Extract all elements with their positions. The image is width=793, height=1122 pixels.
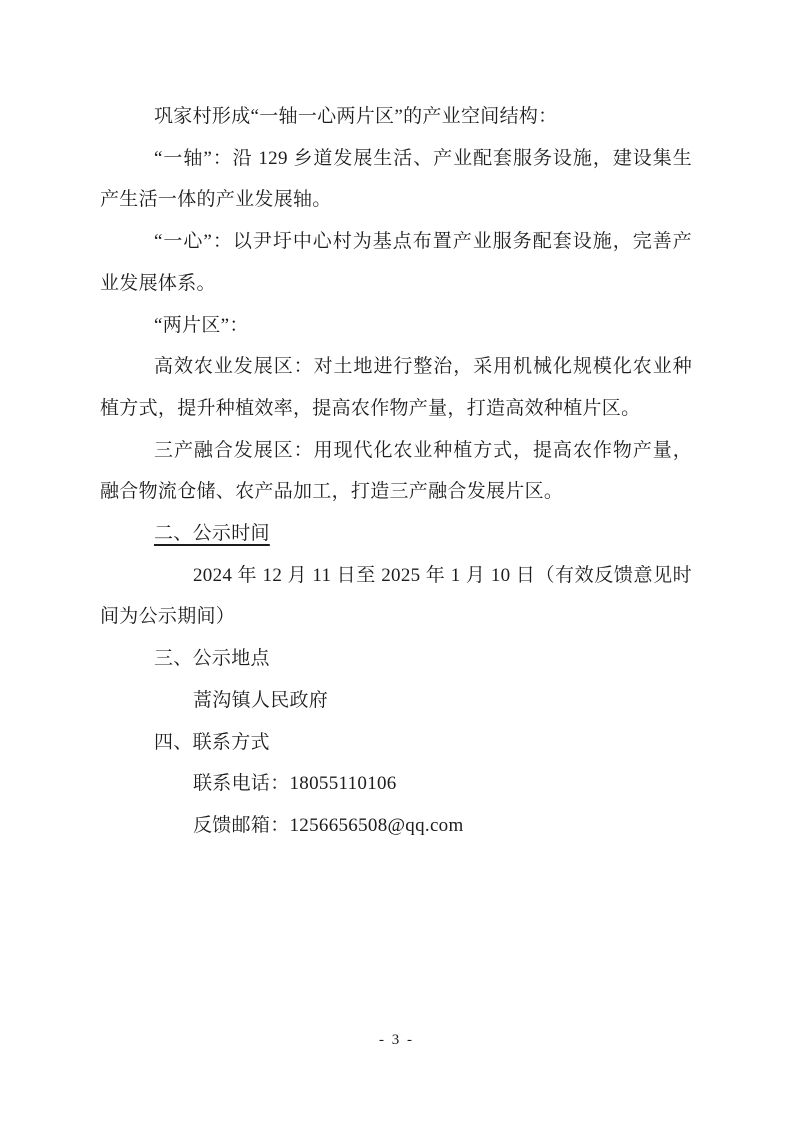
paragraph-efficient-agriculture-zone: 高效农业发展区：对土地进行整治，采用机械化规模化农业种植方式，提升种植效率，提高… [100, 346, 692, 429]
section-heading-publicity-location: 三、公示地点 [100, 638, 692, 680]
paragraph-one-axis: “一轴”：沿 129 乡道发展生活、产业配套服务设施，建设集生产生活一体的产业发… [100, 138, 692, 221]
document-body: 巩家村形成“一轴一心两片区”的产业空间结构： “一轴”：沿 129 乡道发展生活… [100, 96, 692, 847]
section-heading-contact-method: 四、联系方式 [100, 722, 692, 764]
section-heading-publicity-time: 二、公示时间 [100, 513, 692, 555]
document-page: 巩家村形成“一轴一心两片区”的产业空间结构： “一轴”：沿 129 乡道发展生活… [0, 0, 793, 1122]
paragraph-publicity-location: 蒿沟镇人民政府 [100, 680, 692, 722]
paragraph-two-districts-label: “两片区”： [100, 305, 692, 347]
paragraph-publicity-period: 2024 年 12 月 11 日至 2025 年 1 月 10 日（有效反馈意见… [100, 555, 692, 638]
paragraph-contact-phone: 联系电话：18055110106 [100, 763, 692, 805]
paragraph-feedback-email: 反馈邮箱：1256656508@qq.com [100, 805, 692, 847]
paragraph-one-center: “一心”：以尹圩中心村为基点布置产业服务配套设施，完善产业发展体系。 [100, 221, 692, 304]
paragraph-industry-integration-zone: 三产融合发展区：用现代化农业种植方式，提高农作物产量，融合物流仓储、农产品加工，… [100, 430, 692, 513]
page-number: - 3 - [0, 1030, 793, 1050]
paragraph-industry-structure-intro: 巩家村形成“一轴一心两片区”的产业空间结构： [100, 96, 692, 138]
section-heading-publicity-time-text: 二、公示时间 [154, 523, 270, 544]
